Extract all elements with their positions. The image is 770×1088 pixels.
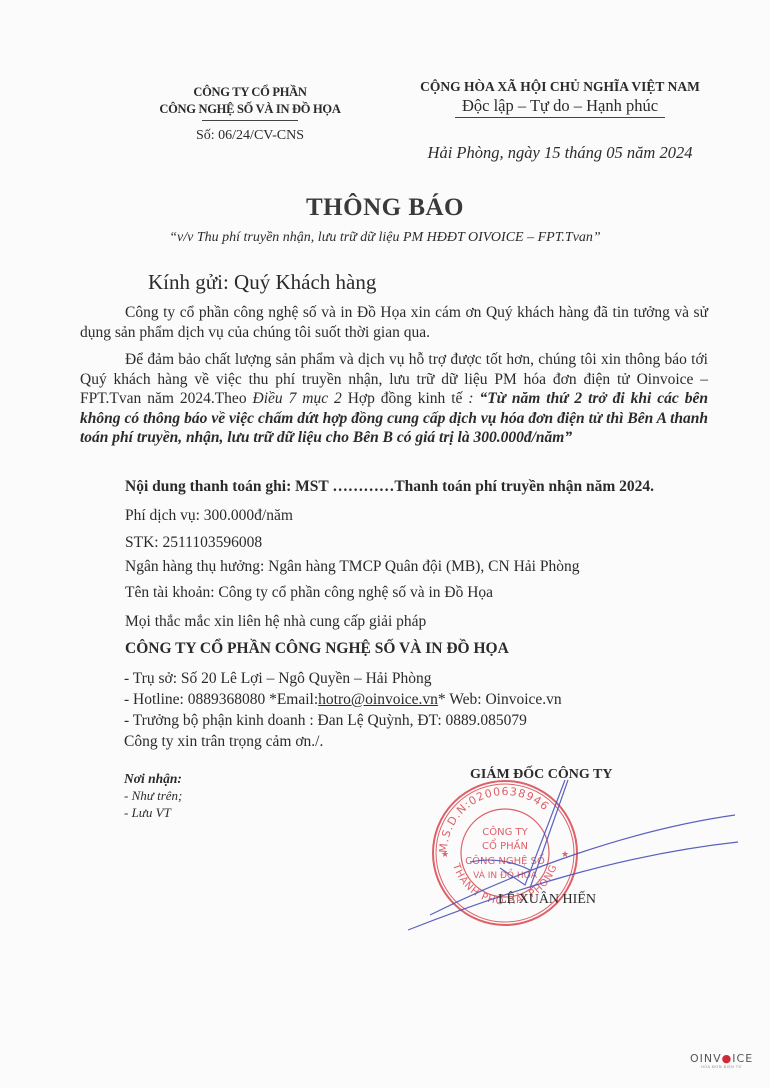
company-block-name: CÔNG TY CỔ PHẦN CÔNG NGHỆ SỐ VÀ IN ĐỒ HỌ… [125, 640, 509, 658]
signatory-name: LÊ XUÂN HIẾN [498, 892, 596, 908]
nation-title: CỘNG HÒA XÃ HỘI CHỦ NGHĨA VIỆT NAM [390, 78, 730, 96]
header-right: CỘNG HÒA XÃ HỘI CHỦ NGHĨA VIỆT NAM Độc l… [390, 78, 730, 118]
company-address: - Trụ sở: Số 20 Lê Lợi – Ngô Quyền – Hải… [124, 668, 562, 689]
account-name: Tên tài khoản: Công ty cổ phần công nghệ… [125, 584, 493, 602]
paragraph-thanks: Công ty cổ phần công nghệ số và in Đồ Họ… [80, 303, 708, 342]
oinvoice-logo: OINV●ICE HÓA ĐƠN ĐIỆN TỬ [690, 1052, 753, 1069]
company-hotline: - Hotline: 0889368080 *Email:hotro@oinvo… [124, 689, 562, 710]
beneficiary-bank: Ngân hàng thụ hưởng: Ngân hàng TMCP Quân… [125, 558, 579, 576]
company-name-line2: CÔNG NGHỆ SỐ VÀ IN ĐỒ HỌA [100, 101, 400, 118]
closing-thanks: Công ty xin trân trọng cảm ơn./. [124, 731, 562, 752]
recipients-heading: Nơi nhận: [124, 770, 182, 787]
company-contacts: - Trụ sở: Số 20 Lê Lợi – Ngô Quyền – Hải… [124, 668, 562, 752]
recipient-item: - Như trên; [124, 787, 182, 804]
document-number: Số: 06/24/CV-CNS [100, 127, 400, 145]
inquiry-note: Mọi thắc mắc xin liên hệ nhà cung cấp gi… [125, 613, 426, 631]
email-link[interactable]: hotro@oinvoice.vn [318, 691, 438, 708]
handwritten-signature [400, 770, 740, 940]
motto-divider [455, 117, 665, 118]
contract-clause-ref: Điều 7 mục 2 [253, 390, 342, 407]
account-number: STK: 2511103596008 [125, 534, 262, 552]
logo-dot-icon: ● [722, 1052, 733, 1065]
greeting: Kính gửi: Quý Khách hàng [148, 270, 376, 295]
document-subject: “v/v Thu phí truyền nhận, lưu trữ dữ liệ… [0, 230, 770, 246]
header-left: CÔNG TY CỔ PHẦN CÔNG NGHỆ SỐ VÀ IN ĐỒ HỌ… [100, 84, 400, 145]
national-motto: Độc lập – Tự do – Hạnh phúc [390, 96, 730, 116]
letter-body: Công ty cổ phần công nghệ số và in Đồ Họ… [80, 303, 708, 456]
service-fee: Phí dịch vụ: 300.000đ/năm [125, 507, 293, 525]
logo-tagline: HÓA ĐƠN ĐIỆN TỬ [690, 1065, 753, 1069]
document-title: THÔNG BÁO [0, 194, 770, 222]
paragraph-notice: Để đảm bảo chất lượng sản phẩm và dịch v… [80, 350, 708, 448]
recipient-item: - Lưu VT [124, 804, 182, 821]
payment-content-line: Nội dung thanh toán ghi: MST …………Thanh t… [125, 478, 654, 496]
sales-head: - Trưởng bộ phận kinh doanh : Đan Lệ Quỳ… [124, 710, 562, 731]
header-divider [202, 120, 298, 121]
recipients: Nơi nhận: - Như trên; - Lưu VT [124, 770, 182, 821]
company-name-line1: CÔNG TY CỔ PHẦN [100, 84, 400, 101]
document-date: Hải Phòng, ngày 15 tháng 05 năm 2024 [390, 143, 730, 163]
